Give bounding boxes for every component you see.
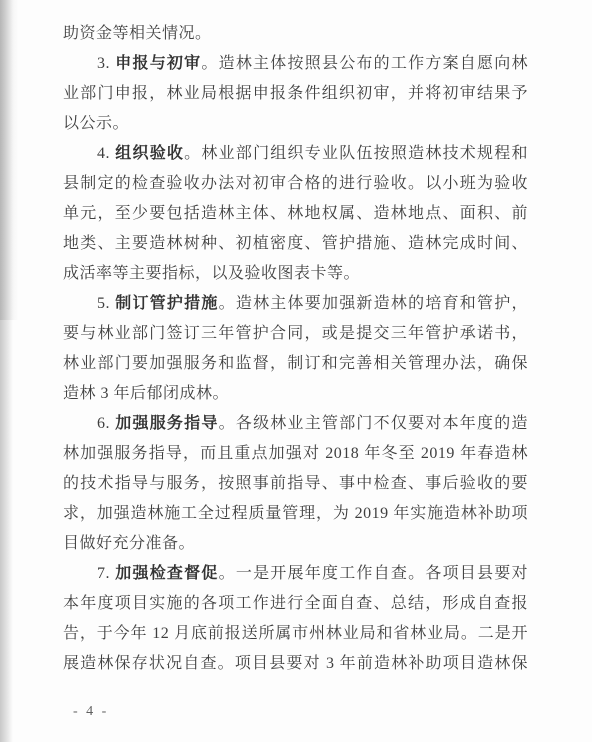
list-number: 4. [97,145,115,162]
text-segment: 。造林主体要加强新造林的培育和管护， [219,295,528,312]
text-line: 4. 组织验收。林业部门组织专业队伍按照造林技术规程和 [63,139,528,169]
text-line: 单元，至少要包括造林主体、林地权属、造林地点、面积、前 [63,199,528,229]
paragraph-heading: 制订管护措施 [115,295,218,312]
text-line: 县制定的检查验收办法对初审合格的进行验收。以小班为验收 [63,169,528,199]
paragraph-5-management-measures: 5. 制订管护措施。造林主体要加强新造林的培育和管护， 要与林业部门签订三年管护… [63,289,528,409]
paragraph-6-strengthen-service-guidance: 6. 加强服务指导。各级林业主管部门不仅要对本年度的造 林加强服务指导，而且重点… [63,409,528,559]
paragraph-3-application-and-preliminary-review: 3. 申报与初审。造林主体按照县公布的工作方案自愿向林 业部门申报，林业局根据申… [63,49,528,139]
text-line: 要与林业部门签订三年管护合同，或是提交三年管护承诺书， [63,319,528,349]
paragraph-7-strengthen-inspection-supervision: 7. 加强检查督促。一是开展年度工作自查。各项目县要对 本年度项目实施的各项工作… [63,559,528,679]
text-line: 林业部门要加强服务和监督，制订和完善相关管理办法，确保 [63,349,528,379]
text-segment: 。一是开展年度工作自查。各项目县要对 [219,565,528,582]
text-line: 造林 3 年后郁闭成林。 [63,379,528,409]
scan-shadow-top-left-corner [0,0,18,320]
text-line: 的技术指导与服务，按照事前指导、事中检查、事后验收的要 [63,469,528,499]
paragraph-heading: 组织验收 [115,145,184,162]
list-number: 3. [97,55,115,72]
paragraph-continuation: 助资金等相关情况。 [63,19,528,49]
paragraph-heading: 加强服务指导 [115,415,218,432]
text-line: 本年度项目实施的各项工作进行全面自查、总结，形成自查报 [63,589,528,619]
text-line: 成活率等主要指标，以及验收图表卡等。 [63,259,528,289]
text-line: 以公示。 [63,109,528,139]
text-segment: 。造林主体按照县公布的工作方案自愿向林 [201,55,528,72]
text-line: 地类、主要造林树种、初植密度、管护措施、造林完成时间、 [63,229,528,259]
text-line: 6. 加强服务指导。各级林业主管部门不仅要对本年度的造 [63,409,528,439]
text-line: 5. 制订管护措施。造林主体要加强新造林的培育和管护， [63,289,528,319]
text-line: 7. 加强检查督促。一是开展年度工作自查。各项目县要对 [63,559,528,589]
text-line: 展造林保存状况自查。项目县要对 3 年前造林补助项目造林保 [63,649,528,679]
text-line: 告，于今年 12 月底前报送所属市州林业局和省林业局。二是开 [63,619,528,649]
document-body: 助资金等相关情况。 3. 申报与初审。造林主体按照县公布的工作方案自愿向林 业部… [63,19,528,679]
text-segment: 。各级林业主管部门不仅要对本年度的造 [219,415,528,432]
page-number: - 4 - [73,701,109,723]
paragraph-heading: 申报与初审 [115,55,201,72]
list-number: 5. [97,295,115,312]
text-line: 助资金等相关情况。 [63,19,528,49]
list-number: 7. [97,565,115,582]
list-number: 6. [97,415,115,432]
text-line: 3. 申报与初审。造林主体按照县公布的工作方案自愿向林 [63,49,528,79]
scan-shadow-left-edge [0,0,13,742]
paragraph-heading: 加强检查督促 [115,565,218,582]
text-line: 求，加强造林施工全过程质量管理，为 2019 年实施造林补助项 [63,499,528,529]
text-segment: 。林业部门组织专业队伍按照造林技术规程和 [184,145,528,162]
text-line: 业部门申报，林业局根据申报条件组织初审，并将初审结果予 [63,79,528,109]
text-line: 林加强服务指导，而且重点加强对 2018 年冬至 2019 年春造林 [63,439,528,469]
paragraph-4-organize-acceptance: 4. 组织验收。林业部门组织专业队伍按照造林技术规程和 县制定的检查验收办法对初… [63,139,528,289]
document-page: 助资金等相关情况。 3. 申报与初审。造林主体按照县公布的工作方案自愿向林 业部… [0,0,592,742]
text-line: 目做好充分准备。 [63,529,528,559]
